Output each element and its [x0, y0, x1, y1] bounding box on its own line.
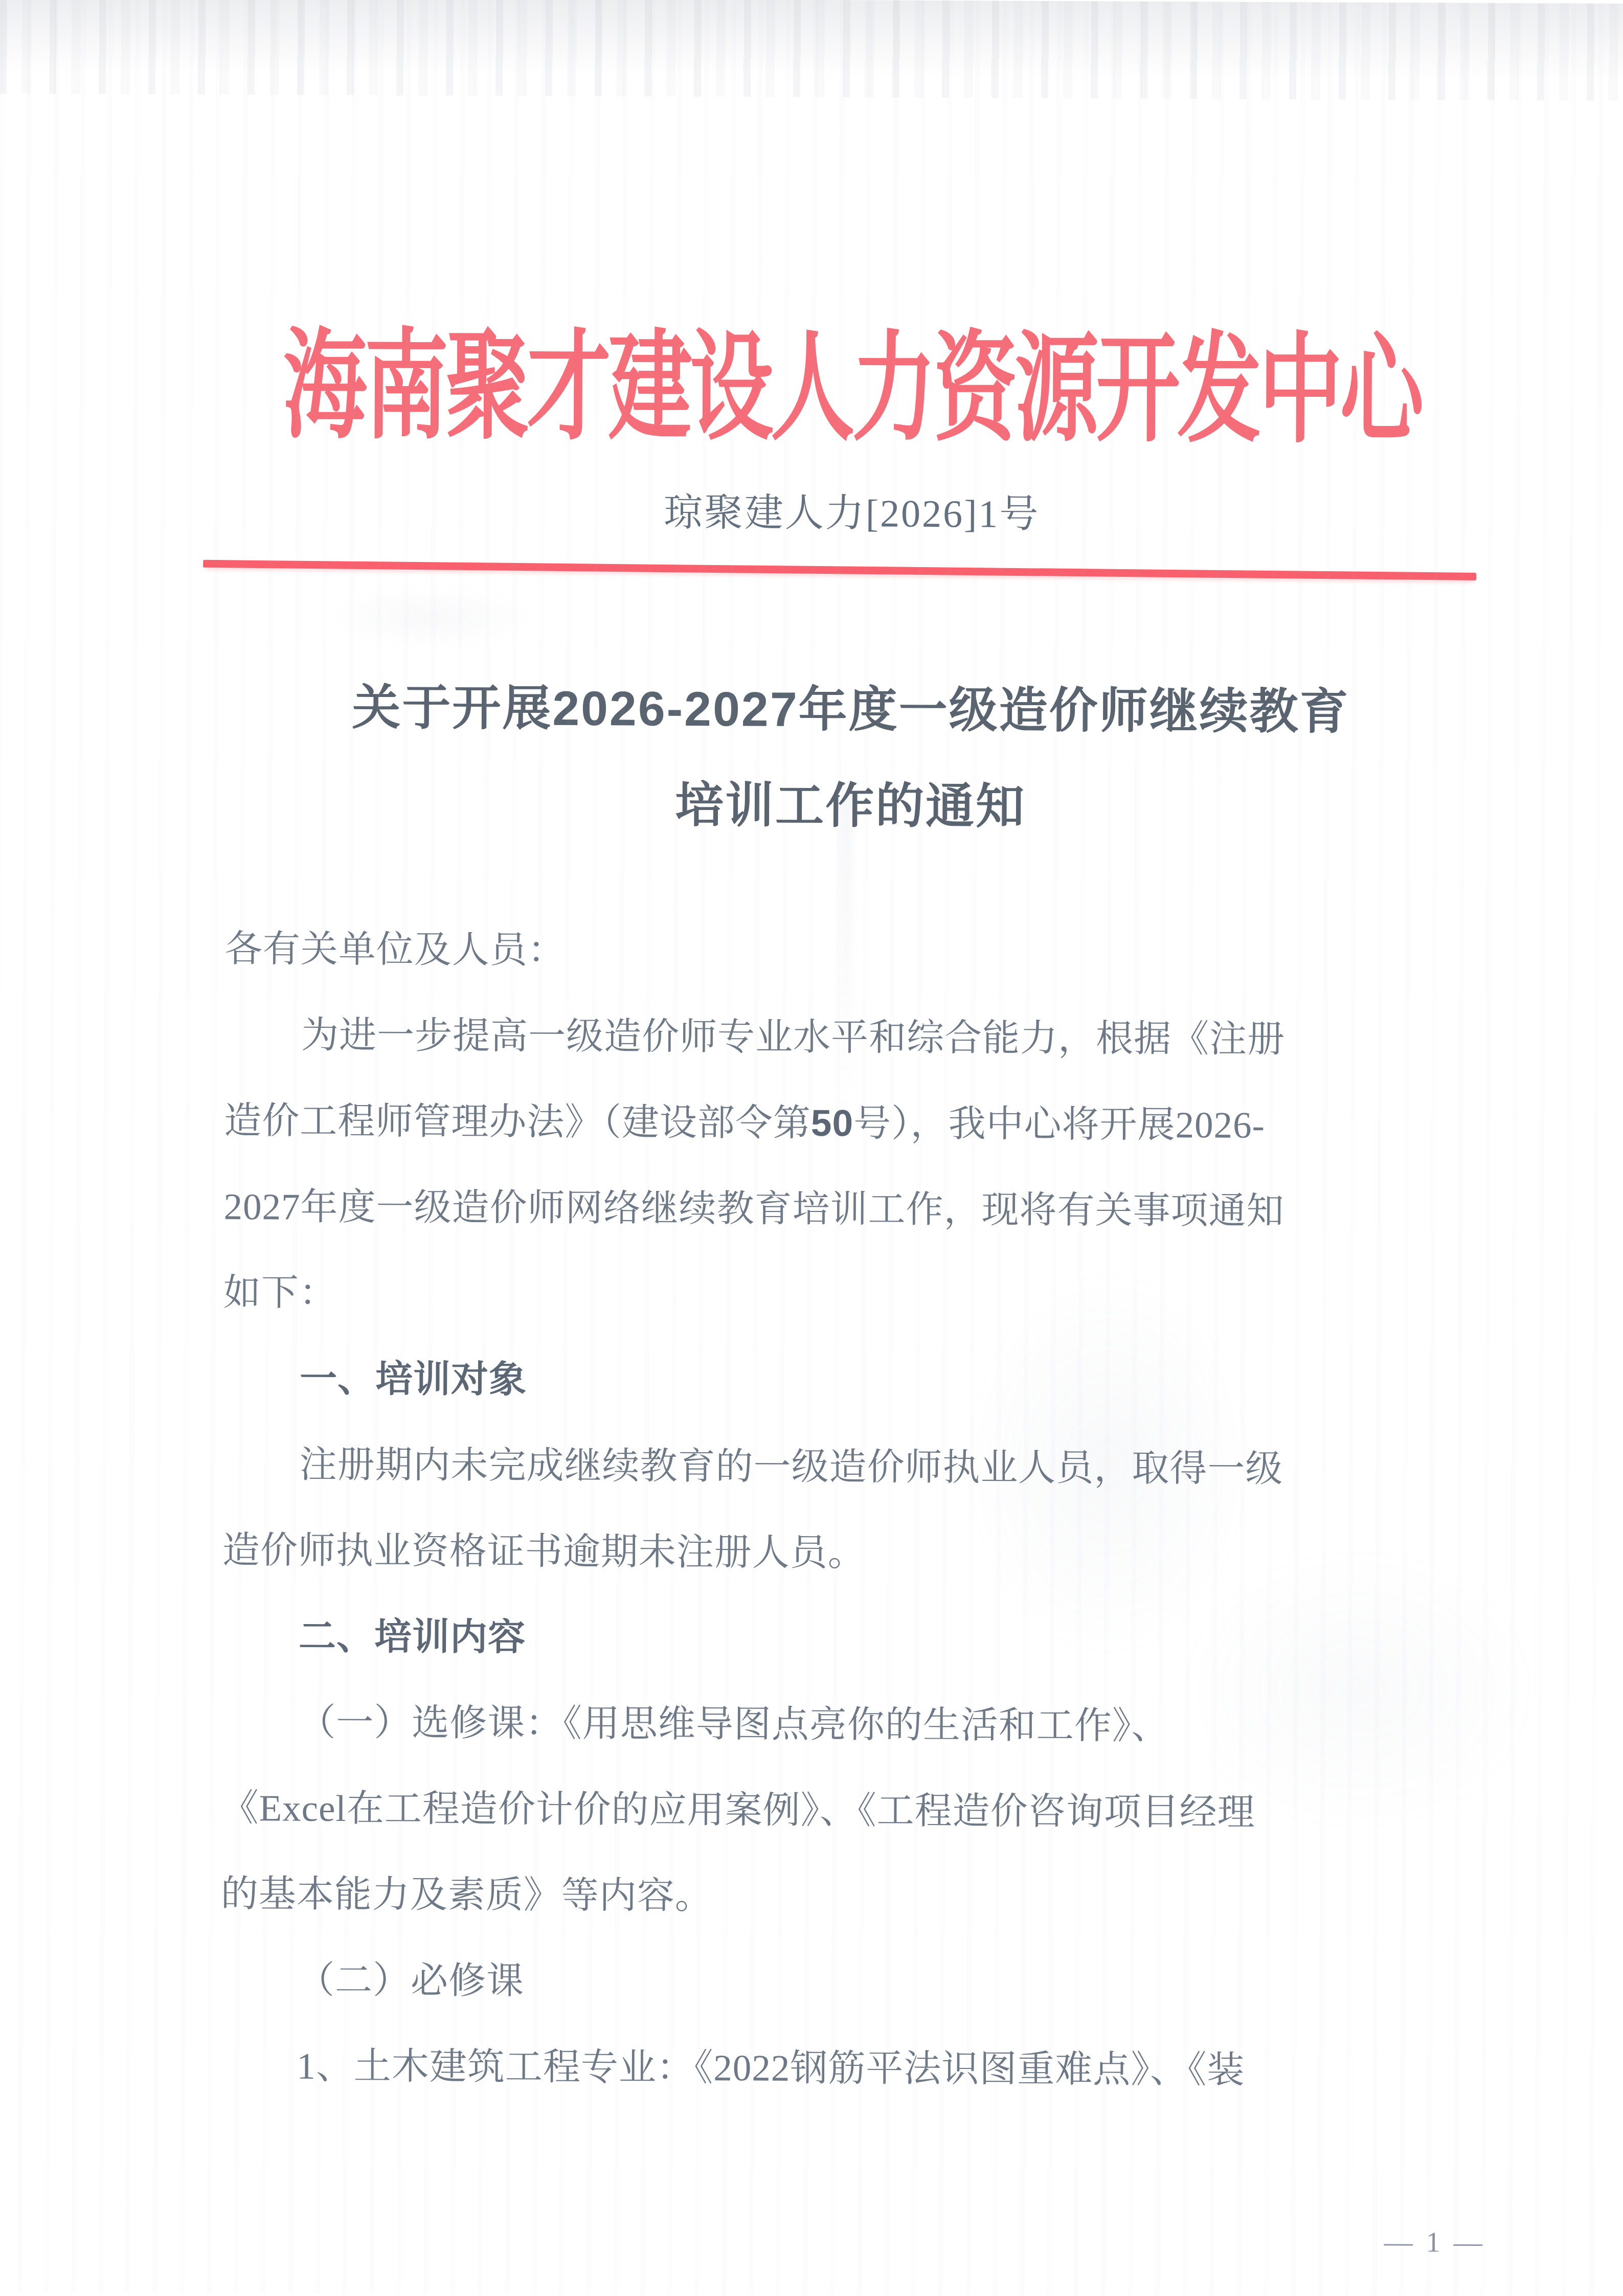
organization-name: 海南聚才建设人力资源开发中心: [283, 289, 1422, 466]
body-line: 二、培训内容: [222, 1611, 1480, 1703]
body-text-run: 1、土木建筑工程专业：《2022钢筋平法识图重难点》、《装: [297, 2045, 1245, 2091]
body-line: （二）必修课: [220, 1955, 1479, 2046]
body-text-run: （二）必修课: [297, 1960, 524, 2002]
notice-title-line-2: 培训工作的通知: [226, 764, 1476, 840]
body-line: 造价师执业资格证书逾期未注册人员。: [222, 1525, 1480, 1617]
body-line: 如下：: [223, 1268, 1481, 1359]
letterhead-red-rule: [203, 560, 1476, 580]
body-text-run: 2027年度一级造价师网络继续教育培训工作，现将有关事项通知: [224, 1186, 1284, 1232]
body-line: 各有关单位及人员：: [224, 924, 1483, 1016]
organization-letterhead: 海南聚才建设人力资源开发中心: [227, 288, 1477, 467]
body-line: 一、培训对象: [223, 1354, 1481, 1445]
body-text-run: 造价工程师管理办法》（建设部令第: [224, 1100, 811, 1144]
scan-smudge: [324, 586, 539, 648]
body-line: 造价工程师管理办法》（建设部令第50号），我中心将开展2026-: [224, 1096, 1482, 1187]
body-text-run: 的基本能力及素质》等内容。: [221, 1873, 713, 1917]
body-line: （一）选修课：《用思维导图点亮你的生活和工作》、: [221, 1697, 1480, 1789]
document-number: 琼聚建人力[2026]1号: [227, 479, 1476, 541]
body-text-run: （一）选修课：《用思维导图点亮你的生活和工作》、: [298, 1702, 1169, 1747]
body-text-run: 造价师执业资格证书逾期未注册人员。: [222, 1529, 866, 1573]
body-line: 的基本能力及素质》等内容。: [220, 1869, 1479, 1961]
notice-title-line-1: 关于开展2026-2027年度一级造价师继续教育: [226, 668, 1476, 744]
body-text-run: 如下：: [223, 1272, 337, 1314]
body-text-run: 号），我中心将开展2026-: [853, 1102, 1265, 1146]
body-line: 2027年度一级造价师网络继续教育培训工作，现将有关事项通知: [223, 1182, 1482, 1273]
body-text-run: 《Excel在工程造价计价的应用案例》、《工程造价咨询项目经理: [221, 1787, 1255, 1833]
body-text-run: 各有关单位及人员：: [225, 928, 566, 971]
body-text-run: 注册期内未完成继续教育的一级造价师执业人员，取得一级: [299, 1444, 1283, 1490]
document-sheet: 海南聚才建设人力资源开发中心 琼聚建人力[2026]1号 关于开展2026-20…: [0, 0, 1623, 2296]
document-body: 各有关单位及人员：为进一步提高一级造价师专业水平和综合能力，根据《注册造价工程师…: [220, 924, 1483, 2132]
scan-noise-top-band: [0, 0, 1623, 101]
page-number: — 1 —: [1350, 2226, 1519, 2259]
body-line: 注册期内未完成继续教育的一级造价师执业人员，取得一级: [222, 1439, 1481, 1531]
body-text-run-bold: 50: [811, 1102, 854, 1144]
body-line: 为进一步提高一级造价师专业水平和综合能力，根据《注册: [224, 1010, 1483, 1101]
body-text-run-bold: 二、培训内容: [299, 1616, 526, 1658]
body-line: 1、土木建筑工程专业：《2022钢筋平法识图重难点》、《装: [220, 2041, 1478, 2132]
body-text-run-bold: 一、培训对象: [300, 1358, 527, 1401]
body-line: 《Excel在工程造价计价的应用案例》、《工程造价咨询项目经理: [221, 1783, 1479, 1875]
scanned-page: 海南聚才建设人力资源开发中心 琼聚建人力[2026]1号 关于开展2026-20…: [0, 0, 1623, 2296]
body-text-run: 为进一步提高一级造价师专业水平和综合能力，根据《注册: [301, 1015, 1285, 1060]
